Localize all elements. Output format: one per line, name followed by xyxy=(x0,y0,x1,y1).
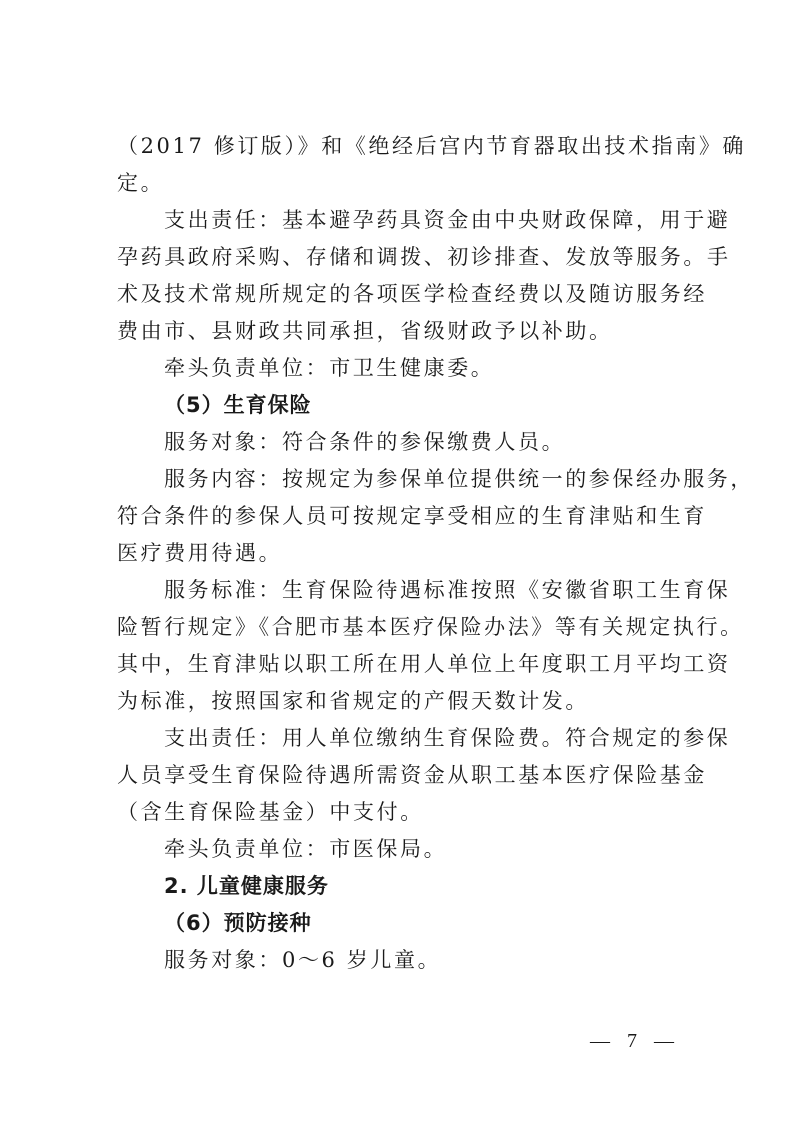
section-heading-maternity-insurance: （5）生育保险 xyxy=(164,387,312,424)
paragraph-service-target: 服务对象：0～6 岁儿童。 xyxy=(164,942,441,979)
paragraph-service-content: 服务内容：按规定为参保单位提供统一的参保经办服务， xyxy=(164,461,754,498)
paragraph-service-standard: 服务标准：生育保险待遇标准按照《安徽省职工生育保 xyxy=(164,572,730,609)
body-text-line: （2017 修订版）》和《绝经后宫内节育器取出技术指南》确 xyxy=(117,128,746,165)
body-text-line: 定。 xyxy=(117,165,164,202)
body-text-line: （含生育保险基金）中支付。 xyxy=(117,794,424,831)
body-text-line: 医疗费用待遇。 xyxy=(117,535,282,572)
section-heading-vaccination: （6）预防接种 xyxy=(164,905,312,942)
paragraph-service-target: 服务对象：符合条件的参保缴费人员。 xyxy=(164,424,565,461)
paragraph-lead-unit: 牵头负责单位：市医保局。 xyxy=(164,831,447,868)
paragraph-expenditure-responsibility: 支出责任：基本避孕药具资金由中央财政保障，用于避 xyxy=(164,202,730,239)
body-text-line: 人员享受生育保险待遇所需资金从职工基本医疗保险基金 xyxy=(117,757,707,794)
section-heading-child-health: 2. 儿童健康服务 xyxy=(164,868,329,905)
body-text-line: 符合条件的参保人员可按规定享受相应的生育津贴和生育 xyxy=(117,498,707,535)
body-text-line: 险暂行规定》《合肥市基本医疗保险办法》等有关规定执行。 xyxy=(117,609,744,646)
body-text-line: 术及技术常规所规定的各项医学检查经费以及随访服务经 xyxy=(117,276,707,313)
body-text-line: 为标准，按照国家和省规定的产假天数计发。 xyxy=(117,683,589,720)
body-text-line: 费由市、县财政共同承担，省级财政予以补助。 xyxy=(117,313,613,350)
paragraph-lead-unit: 牵头负责单位：市卫生健康委。 xyxy=(164,350,494,387)
body-text-line: 孕药具政府采购、存储和调拨、初诊排查、发放等服务。手 xyxy=(117,239,731,276)
body-text-line: 其中，生育津贴以职工所在用人单位上年度职工月平均工资 xyxy=(117,646,731,683)
paragraph-expenditure-responsibility: 支出责任：用人单位缴纳生育保险费。符合规定的参保 xyxy=(164,720,730,757)
page-number: — 7 — xyxy=(590,1030,680,1053)
